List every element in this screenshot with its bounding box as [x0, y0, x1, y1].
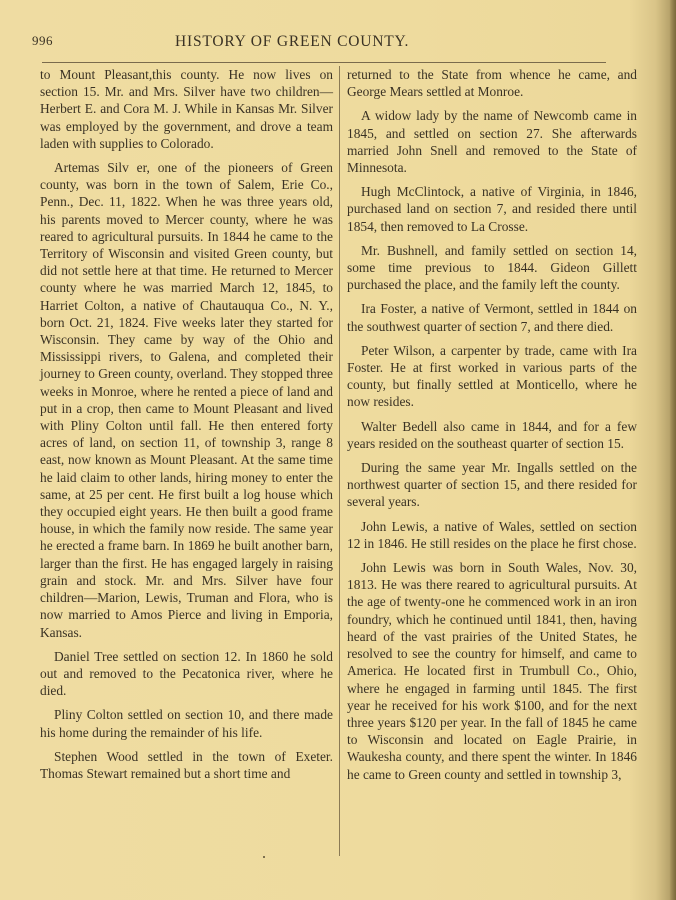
- ink-speck: [263, 856, 265, 858]
- paragraph: Mr. Bushnell, and family settled on sect…: [347, 242, 637, 294]
- paragraph: A widow lady by the name of Newcomb came…: [347, 107, 637, 176]
- header-rule: [42, 62, 606, 63]
- paragraph: returned to the State from whence he cam…: [347, 66, 637, 100]
- paragraph: During the same year Mr. Ingalls settled…: [347, 459, 637, 511]
- paragraph: Daniel Tree settled on section 12. In 18…: [40, 648, 333, 700]
- running-title: HISTORY OF GREEN COUNTY.: [175, 33, 409, 51]
- paragraph: John Lewis, a native of Wales, settled o…: [347, 518, 637, 552]
- page-edge-shadow: [670, 0, 676, 900]
- page-number: 996: [32, 33, 53, 49]
- page-header: 996 HISTORY OF GREEN COUNTY.: [0, 33, 676, 53]
- right-column: returned to the State from whence he cam…: [347, 66, 637, 790]
- left-column: to Mount Pleasant,this county. He now li…: [40, 66, 333, 789]
- paragraph: Ira Foster, a native of Vermont, settled…: [347, 300, 637, 334]
- paragraph: Stephen Wood settled in the town of Exet…: [40, 748, 333, 782]
- paragraph: to Mount Pleasant,this county. He now li…: [40, 66, 333, 152]
- column-divider: [339, 66, 340, 856]
- paragraph: Peter Wilson, a carpenter by trade, came…: [347, 342, 637, 411]
- book-page: 996 HISTORY OF GREEN COUNTY. to Mount Pl…: [0, 0, 676, 900]
- paragraph: John Lewis was born in South Wales, Nov.…: [347, 559, 637, 783]
- paragraph: Hugh McClintock, a native of Virginia, i…: [347, 183, 637, 235]
- paragraph: Pliny Colton settled on section 10, and …: [40, 706, 333, 740]
- paragraph: Artemas Silv er, one of the pioneers of …: [40, 159, 333, 641]
- paragraph: Walter Bedell also came in 1844, and for…: [347, 418, 637, 452]
